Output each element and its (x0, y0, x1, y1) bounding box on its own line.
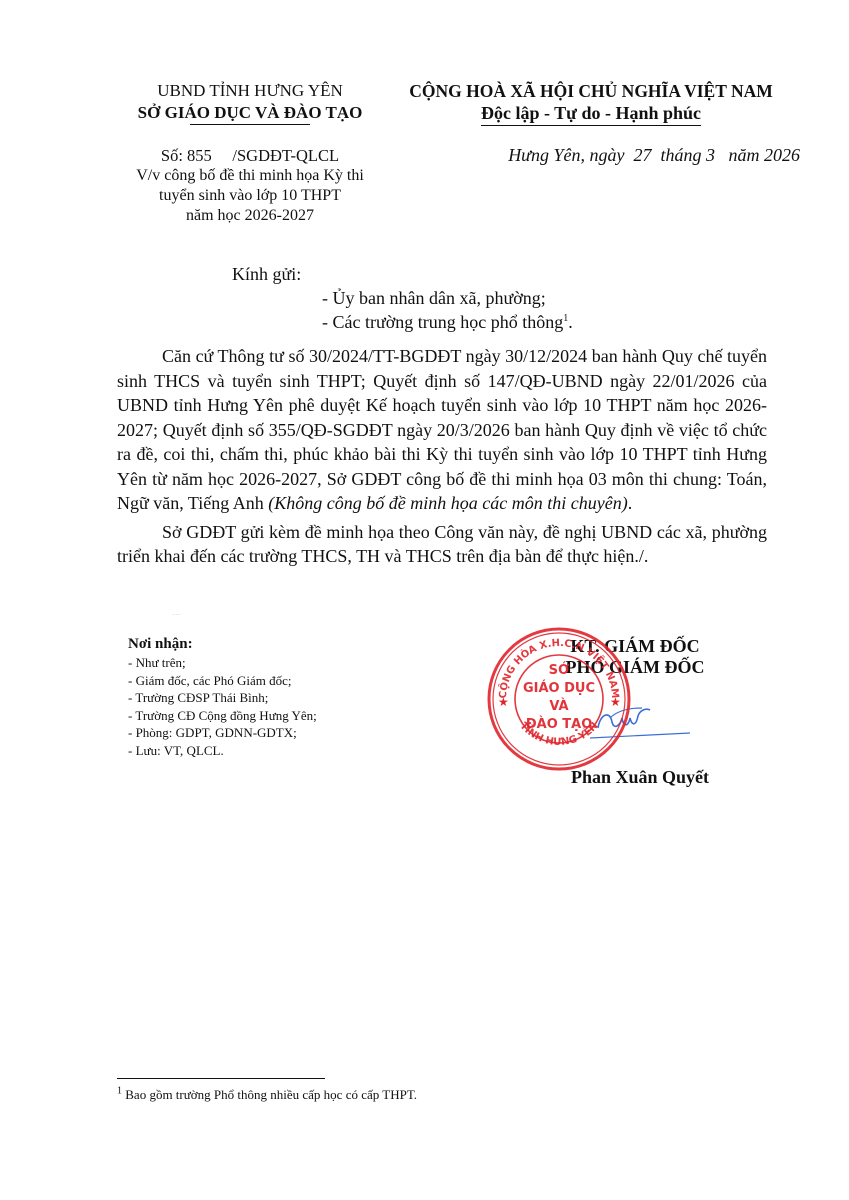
svg-text:★: ★ (498, 695, 509, 709)
body-paragraph: Căn cứ Thông tư số 30/2024/TT-BGDĐT ngày… (117, 344, 767, 516)
issuing-authority-block: UBND TỈNH HƯNG YÊN SỞ GIÁO DỤC VÀ ĐÀO TẠ… (112, 80, 388, 125)
svg-text:★: ★ (610, 695, 621, 709)
greeting: Kính gửi: (232, 264, 301, 285)
national-motto: Độc lập - Tự do - Hạnh phúc (481, 102, 701, 126)
recipient-item: - Ủy ban nhân dân xã, phường; (322, 288, 546, 309)
distribution-item: - Phòng: GDPT, GDNN-GDTX; (128, 724, 408, 742)
date-line: Hưng Yên, ngày 27 tháng 3 năm 2026 (440, 145, 800, 166)
stamp-inner-line: SỞ (549, 661, 570, 678)
recipient-item: - Các trường trung học phổ thông1. (322, 312, 573, 333)
official-seal: CỘNG HÒA X.H.C.N VIỆT NAM TỈNH HƯNG YÊN … (486, 626, 632, 772)
paragraph-text: Căn cứ Thông tư số 30/2024/TT-BGDĐT ngày… (117, 346, 767, 513)
distribution-item: - Như trên; (128, 654, 408, 672)
distribution-title: Nơi nhận: (128, 634, 408, 654)
subject-line: tuyển sinh vào lớp 10 THPT (112, 186, 388, 206)
paragraph-italic-note: (Không công bố đề minh họa các môn thi c… (268, 493, 627, 513)
distribution-item: - Trường CĐ Cộng đồng Hưng Yên; (128, 707, 408, 725)
footnote-text: Bao gồm trường Phổ thông nhiều cấp học c… (122, 1087, 417, 1102)
stamp-inner-line: GIÁO DỤC (523, 680, 595, 696)
faint-mark: ····· (172, 613, 180, 618)
distribution-item: - Lưu: VT, QLCL. (128, 742, 408, 760)
document-body: Căn cứ Thông tư số 30/2024/TT-BGDĐT ngày… (117, 344, 767, 569)
document-subject: V/v công bố đề thi minh họa Kỳ thi tuyển… (112, 166, 388, 226)
subject-line: V/v công bố đề thi minh họa Kỳ thi (112, 166, 388, 186)
authority-name: UBND TỈNH HƯNG YÊN (112, 80, 388, 102)
recipient-suffix: . (568, 312, 573, 332)
recipient-text: - Ủy ban nhân dân xã, phường; (322, 288, 546, 308)
document-number: Số: 855 /SGDĐT-QLCL (112, 145, 388, 166)
subject-line: năm học 2026-2027 (112, 206, 388, 226)
department-underline (190, 124, 310, 125)
department-name: SỞ GIÁO DỤC VÀ ĐÀO TẠO (112, 102, 388, 124)
nation-name: CỘNG HOÀ XÃ HỘI CHỦ NGHĨA VIỆT NAM (384, 80, 798, 102)
recipient-text: - Các trường trung học phổ thông (322, 312, 563, 332)
distribution-list: Nơi nhận: - Như trên; - Giám đốc, các Ph… (128, 634, 408, 759)
national-title-block: CỘNG HOÀ XÃ HỘI CHỦ NGHĨA VIỆT NAM Độc l… (384, 80, 798, 126)
signer-name: Phan Xuân Quyết (540, 767, 740, 788)
footnote-separator (117, 1078, 325, 1079)
body-paragraph: Sở GDĐT gửi kèm đề minh họa theo Công vă… (117, 520, 767, 569)
stamp-inner-line: ĐÀO TẠO (526, 716, 593, 732)
distribution-item: - Trường CĐSP Thái Bình; (128, 689, 408, 707)
stamp-inner-line: VÀ (549, 698, 568, 714)
distribution-item: - Giám đốc, các Phó Giám đốc; (128, 672, 408, 690)
footnote: 1 Bao gồm trường Phổ thông nhiều cấp học… (117, 1087, 417, 1103)
paragraph-end: . (628, 493, 633, 513)
